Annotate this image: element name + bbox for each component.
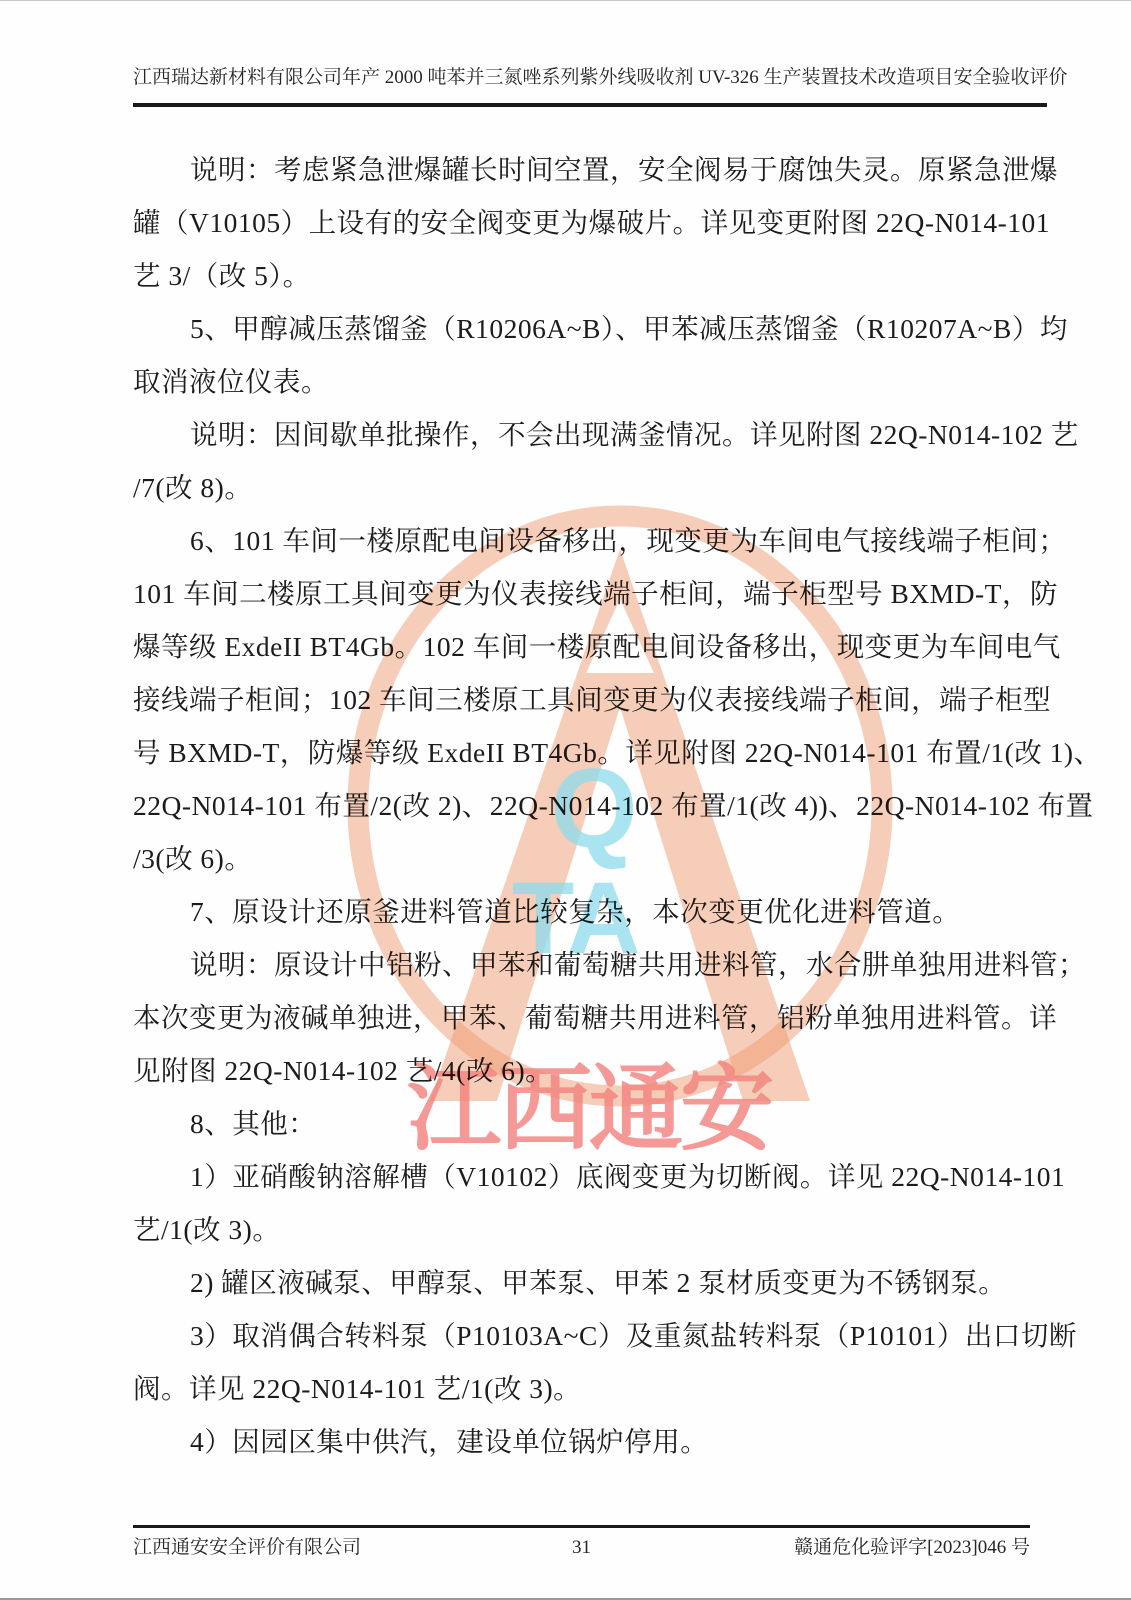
body-line: 艺/1(改 3)。 bbox=[133, 1203, 1016, 1256]
body-line: /3(改 6)。 bbox=[133, 832, 1016, 885]
body-line: 101 车间二楼原工具间变更为仪表接线端子柜间，端子柜型号 BXMD-T，防 bbox=[133, 567, 1016, 620]
body-line: 取消液位仪表。 bbox=[133, 355, 1016, 408]
body-line: 阀。详见 22Q-N014-101 艺/1(改 3)。 bbox=[133, 1362, 1016, 1415]
body-line: 4）因园区集中供汽，建设单位锅炉停用。 bbox=[133, 1415, 1016, 1468]
body-line: 说明：原设计中铝粉、甲苯和葡萄糖共用进料管，水合肼单独用进料管； bbox=[133, 938, 1016, 991]
body-line: 6、101 车间一楼原配电间设备移出，现变更为车间电气接线端子柜间； bbox=[133, 514, 1016, 567]
body-line: 8、其他： bbox=[133, 1097, 1016, 1150]
body-line: 罐（V10105）上设有的安全阀变更为爆破片。详见变更附图 22Q-N014-1… bbox=[133, 196, 1016, 249]
footer-rule bbox=[133, 1525, 1030, 1528]
body-line: 5、甲醇减压蒸馏釜（R10206A~B）、甲苯减压蒸馏釜（R10207A~B）均 bbox=[133, 302, 1016, 355]
body-line: 7、原设计还原釜进料管道比较复杂，本次变更优化进料管道。 bbox=[133, 885, 1016, 938]
body-line: 22Q-N014-101 布置/2(改 2)、22Q-N014-102 布置/1… bbox=[133, 779, 1016, 832]
body: 说明：考虑紧急泄爆罐长时间空置，安全阀易于腐蚀失灵。原紧急泄爆罐（V10105）… bbox=[133, 143, 1016, 1468]
body-line: 1）亚硝酸钠溶解槽（V10102）底阀变更为切断阀。详见 22Q-N014-10… bbox=[133, 1150, 1016, 1203]
header-rule bbox=[133, 103, 1047, 107]
body-line: 2) 罐区液碱泵、甲醇泵、甲苯泵、甲苯 2 泵材质变更为不锈钢泵。 bbox=[133, 1256, 1016, 1309]
footer-company: 江西通安安全评价有限公司 bbox=[133, 1535, 361, 1561]
page-footer: 江西通安安全评价有限公司 31 赣通危化验评字[2023]046 号 bbox=[133, 1535, 1030, 1561]
footer-doc-number: 赣通危化验评字[2023]046 号 bbox=[794, 1535, 1030, 1561]
body-line: 艺 3/（改 5）。 bbox=[133, 249, 1016, 302]
body-line: 接线端子柜间；102 车间三楼原工具间变更为仪表接线端子柜间，端子柜型 bbox=[133, 673, 1016, 726]
document-page: 江西瑞达新材料有限公司年产 2000 吨苯并三氮唑系列紫外线吸收剂 UV-326… bbox=[0, 0, 1131, 1600]
body-line: 说明：考虑紧急泄爆罐长时间空置，安全阀易于腐蚀失灵。原紧急泄爆 bbox=[133, 143, 1016, 196]
body-line: /7(改 8)。 bbox=[133, 461, 1016, 514]
body-line: 3）取消偶合转料泵（P10103A~C）及重氮盐转料泵（P10101）出口切断 bbox=[133, 1309, 1016, 1362]
body-line: 号 BXMD-T，防爆等级 ExdeII BT4Gb。详见附图 22Q-N014… bbox=[133, 726, 1016, 779]
body-line: 说明：因间歇单批操作，不会出现满釜情况。详见附图 22Q-N014-102 艺 bbox=[133, 408, 1016, 461]
footer-page-number: 31 bbox=[572, 1535, 591, 1561]
body-line: 本次变更为液碱单独进，甲苯、葡萄糖共用进料管，铝粉单独用进料管。详 bbox=[133, 991, 1016, 1044]
body-line: 爆等级 ExdeII BT4Gb。102 车间一楼原配电间设备移出，现变更为车间… bbox=[133, 620, 1016, 673]
header-title: 江西瑞达新材料有限公司年产 2000 吨苯并三氮唑系列紫外线吸收剂 UV-326… bbox=[133, 65, 1047, 91]
body-line: 见附图 22Q-N014-102 艺/4(改 6)。 bbox=[133, 1044, 1016, 1097]
